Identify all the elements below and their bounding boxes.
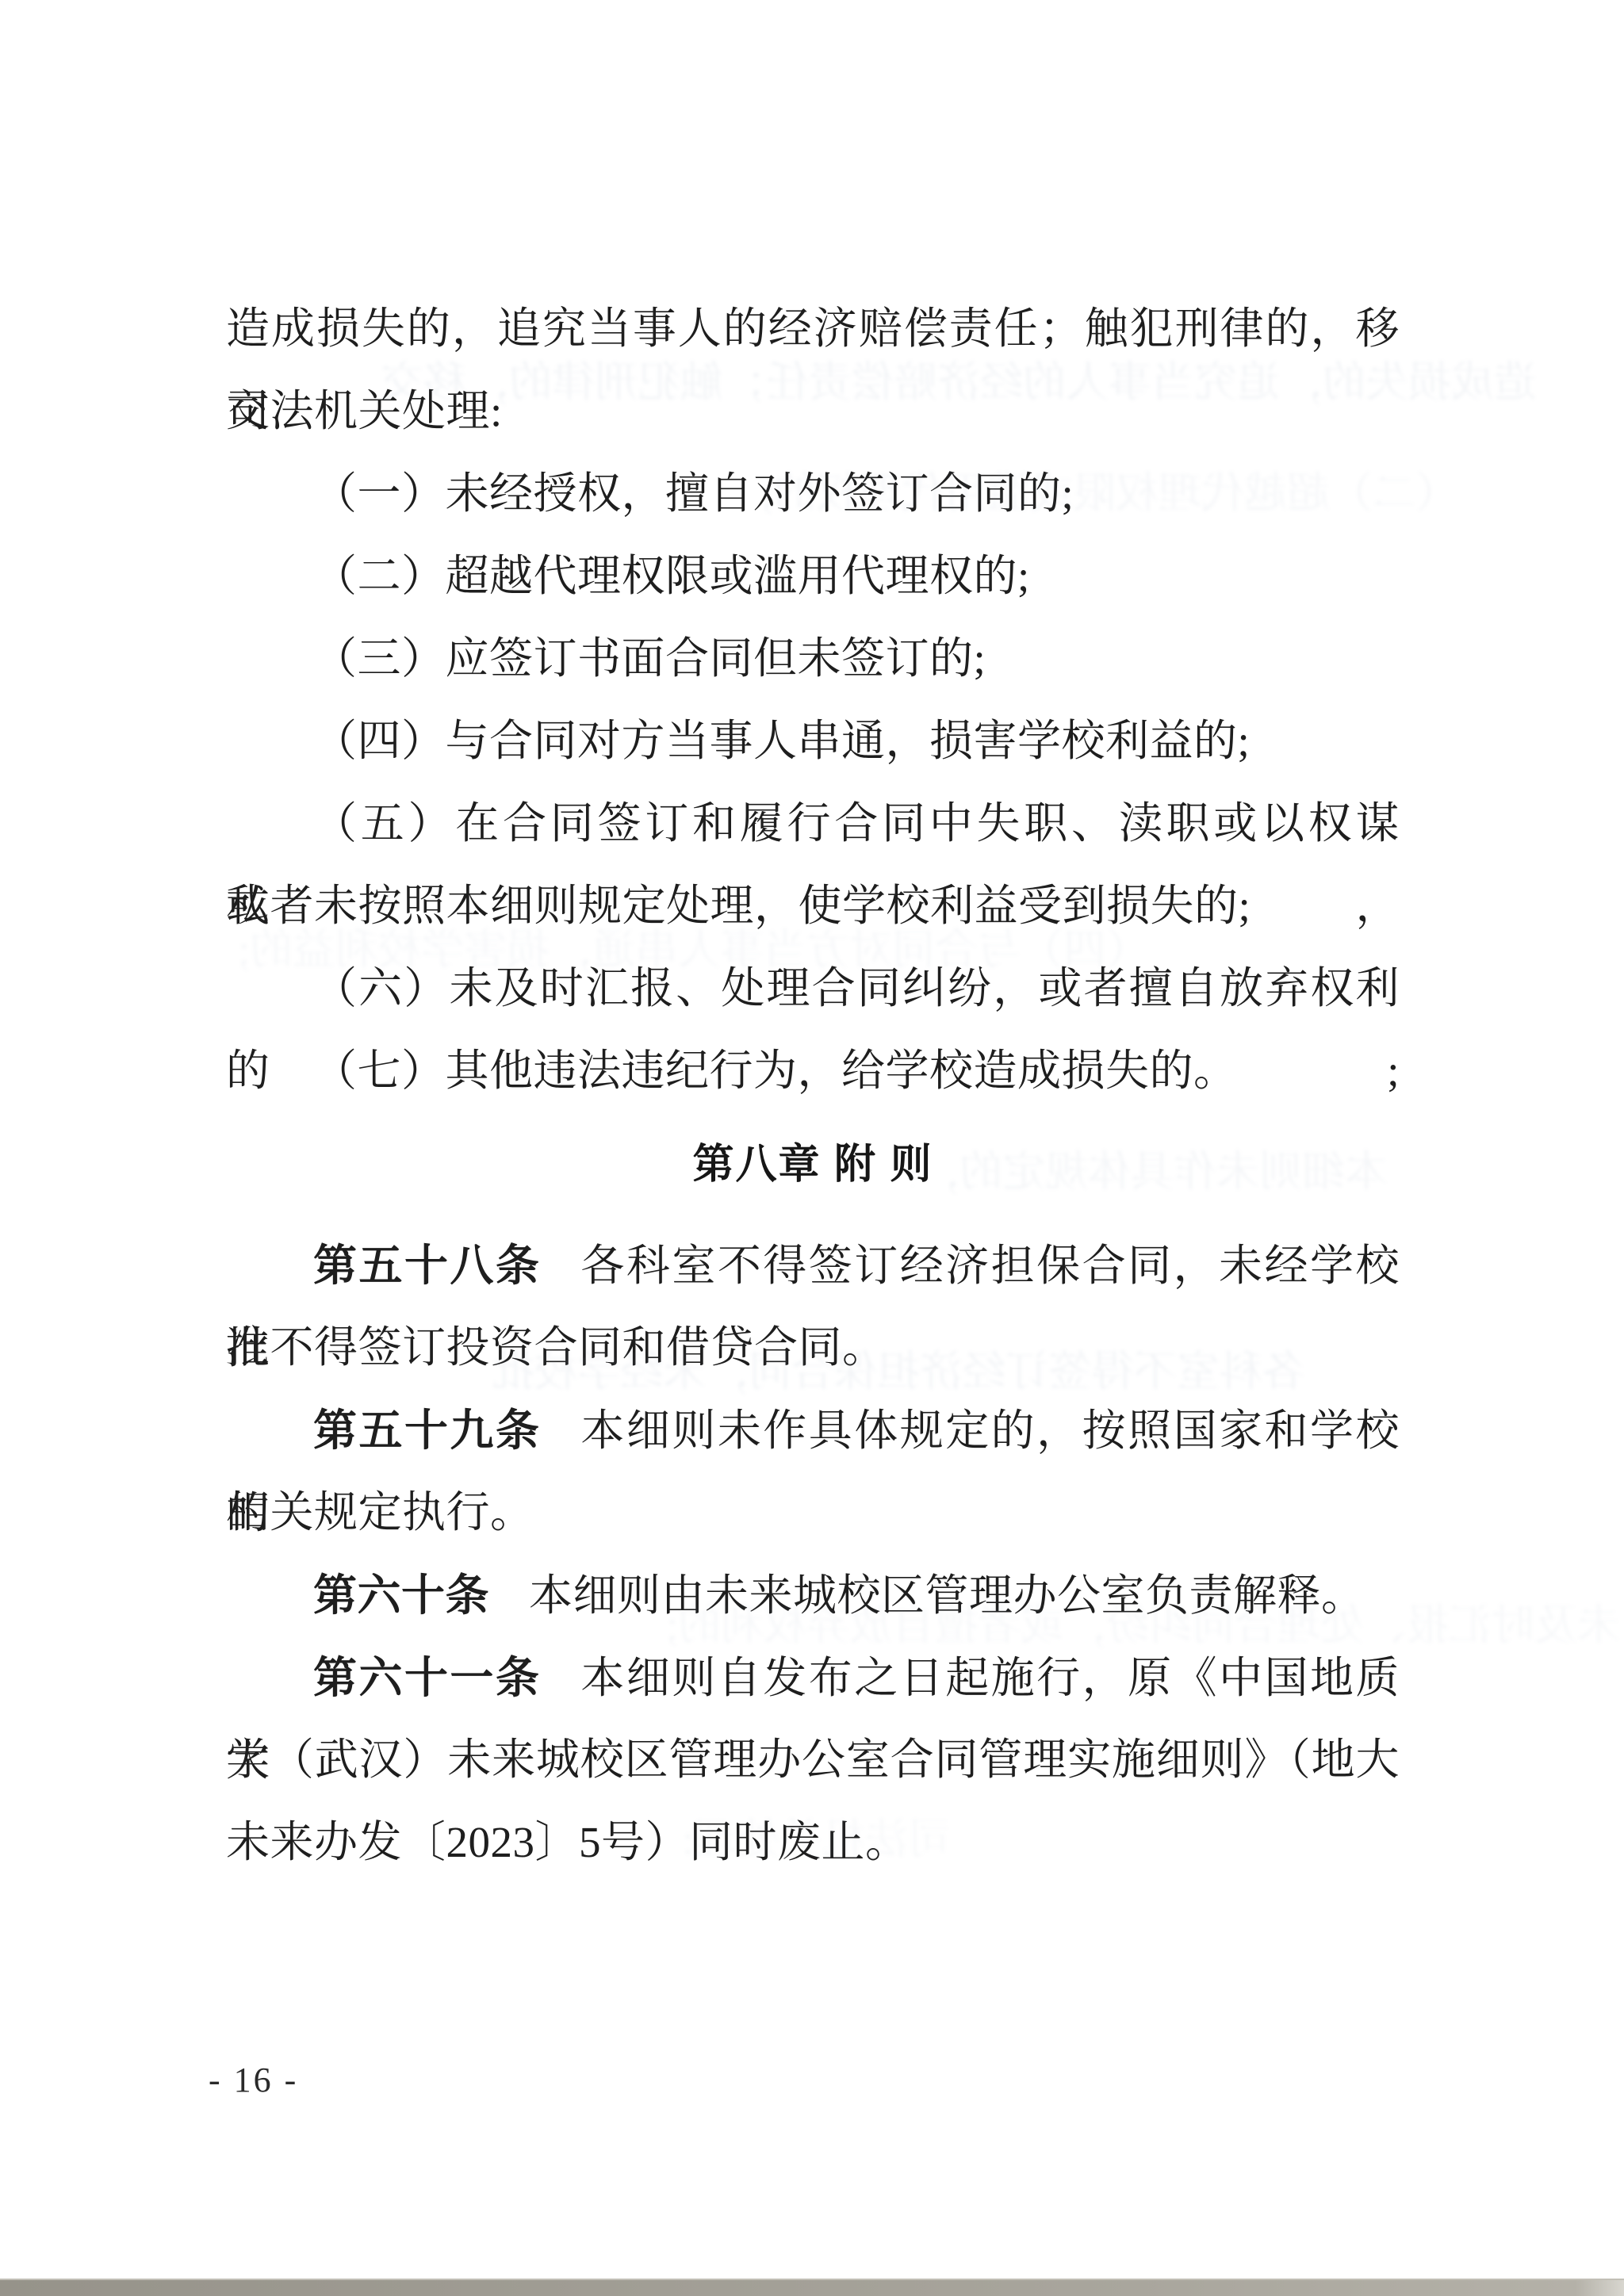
article-59-number: 第五十九条 [313, 1406, 541, 1455]
list-item-3: （三）应签订书面合同但未签订的; [226, 618, 1400, 700]
article-61-number: 第六十一条 [313, 1653, 541, 1702]
article-59-line-2: 相关规定执行。 [226, 1471, 1400, 1554]
document-body: 造成损失的，追究当事人的经济赔偿责任；触犯刑律的，移交 司法机关处理: （一）未… [226, 288, 1400, 1884]
article-61-line-1: 第六十一条本细则自发布之日起施行，原《中国地质大 [226, 1636, 1400, 1719]
article-59-line-1: 第五十九条本细则未作具体规定的，按照国家和学校的 [226, 1389, 1400, 1471]
list-item-2: （二）超越代理权限或滥用代理权的; [226, 535, 1400, 618]
list-item-4: （四）与合同对方当事人串通，损害学校利益的; [226, 700, 1400, 783]
list-item-5-line-2: 或者未按照本细则规定处理，使学校利益受到损失的; [226, 865, 1400, 947]
article-61-line-2: 学（武汉）未来城校区管理办公室合同管理实施细则》（地大 [226, 1719, 1400, 1801]
page-number: - 16 - [209, 2060, 298, 2100]
list-item-1: （一）未经授权，擅自对外签订合同的; [226, 453, 1400, 535]
article-58-line-1: 第五十八条各科室不得签订经济担保合同，未经学校批 [226, 1224, 1400, 1307]
list-item-6: （六）未及时汇报、处理合同纠纷，或者擅自放弃权利的; [226, 947, 1400, 1030]
intro-line-1: 造成损失的，追究当事人的经济赔偿责任；触犯刑律的，移交 [226, 288, 1400, 370]
article-60-line-1: 第六十条本细则由未来城校区管理办公室负责解释。 [226, 1554, 1400, 1636]
article-60-number: 第六十条 [313, 1571, 489, 1620]
article-58-number: 第五十八条 [313, 1241, 541, 1290]
article-58-line-2: 准不得签订投资合同和借贷合同。 [226, 1307, 1400, 1389]
intro-line-2: 司法机关处理: [226, 370, 1400, 453]
article-61-line-3: 未来办发〔2023〕5号）同时废止。 [226, 1801, 1400, 1884]
article-60-text: 本细则由未来城校区管理办公室负责解释。 [529, 1571, 1365, 1620]
list-item-7: （七）其他违法违纪行为，给学校造成损失的。 [226, 1030, 1400, 1112]
scanned-document-page: 造成损失的，追究当事人的经济赔偿责任；触犯刑律的，移交 司法机关处理: （一）未… [0, 0, 1624, 2296]
chapter-heading: 第八章 附 则 [226, 1123, 1400, 1206]
scanner-edge-artifact [0, 2279, 1624, 2296]
list-item-5-line-1: （五）在合同签订和履行合同中失职、渎职或以权谋私， [226, 783, 1400, 865]
